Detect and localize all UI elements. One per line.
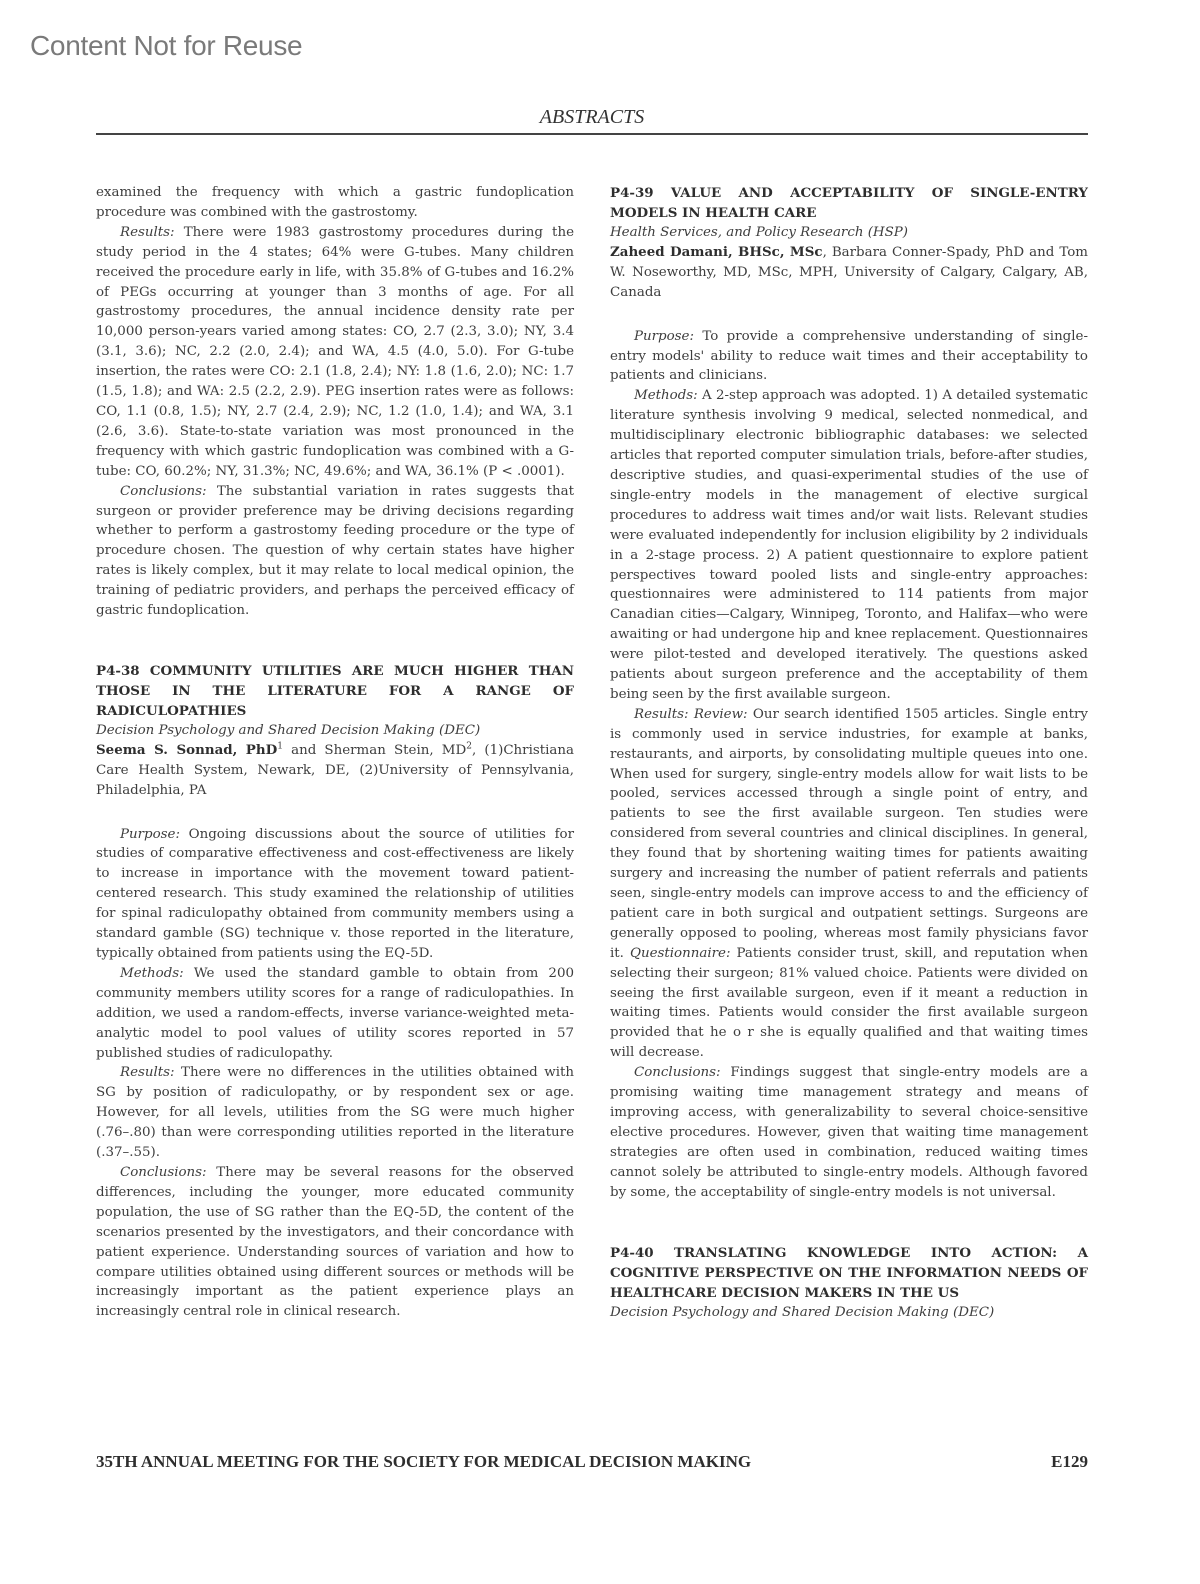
continuation-results: Results: There were 1983 gastrostomy pro… [96, 223, 574, 482]
abstract-track: Decision Psychology and Shared Decision … [610, 1303, 1088, 1323]
abstract-title: P4-38 COMMUNITY UTILITIES ARE MUCH HIGHE… [96, 661, 574, 721]
section-label: Results: Review: [634, 707, 748, 722]
section-label: Purpose: [634, 329, 694, 344]
abstract-authors: Zaheed Damani, BHSc, MSc, Barbara Conner… [610, 243, 1088, 303]
section-text: The substantial variation in rates sugge… [96, 484, 574, 618]
abstract-p4-39: P4-39 VALUE AND ACCEPTABILITY OF SINGLE-… [610, 183, 1088, 1203]
abstract-p4-38: P4-38 COMMUNITY UTILITIES ARE MUCH HIGHE… [96, 661, 574, 1322]
abstract-purpose: Purpose: To provide a comprehensive unde… [610, 327, 1088, 387]
right-column: P4-39 VALUE AND ACCEPTABILITY OF SINGLE-… [610, 183, 1088, 1322]
footer-meeting-title: 35TH ANNUAL MEETING FOR THE SOCIETY FOR … [96, 1452, 751, 1472]
running-head: ABSTRACTS [96, 106, 1088, 129]
abstract-p4-40: P4-40 TRANSLATING KNOWLEDGE INTO ACTION:… [610, 1243, 1088, 1323]
abstract-purpose: Purpose: Ongoing discussions about the s… [96, 825, 574, 964]
abstract-title: P4-40 TRANSLATING KNOWLEDGE INTO ACTION:… [610, 1243, 1088, 1303]
section-text: There may be several reasons for the obs… [96, 1165, 574, 1319]
section-label: Conclusions: [120, 484, 207, 499]
abstract-track: Decision Psychology and Shared Decision … [96, 721, 574, 741]
section-label: Results: [120, 225, 175, 240]
header-rule [96, 133, 1088, 135]
coauthors: and Sherman Stein, MD [283, 743, 466, 758]
section-text: A 2-step approach was adopted. 1) A deta… [610, 388, 1088, 702]
abstract-authors: Seema S. Sonnad, PhD1 and Sherman Stein,… [96, 741, 574, 801]
abstract-results: Results: Review: Our search identified 1… [610, 705, 1088, 1063]
abstract-conclusions: Conclusions: Findings suggest that singl… [610, 1063, 1088, 1202]
left-column: examined the frequency with which a gast… [96, 183, 574, 1322]
page-number: E129 [1051, 1452, 1088, 1472]
spacer [96, 801, 574, 825]
continuation-conclusions: Conclusions: The substantial variation i… [96, 482, 574, 621]
abstract-results: Results: There were no differences in th… [96, 1063, 574, 1163]
continuation-paragraph: examined the frequency with which a gast… [96, 183, 574, 223]
section-label: Methods: [120, 966, 184, 981]
section-label: Questionnaire: [630, 946, 730, 961]
section-text: Patients consider trust, skill, and repu… [610, 946, 1088, 1061]
abstract-title: P4-39 VALUE AND ACCEPTABILITY OF SINGLE-… [610, 183, 1088, 223]
section-label: Purpose: [120, 827, 180, 842]
section-text: Our search identified 1505 articles. Sin… [610, 707, 1088, 961]
abstract-methods: Methods: We used the standard gamble to … [96, 964, 574, 1064]
lead-author: Seema S. Sonnad, PhD [96, 742, 277, 758]
section-label: Results: [120, 1065, 175, 1080]
abstract-conclusions: Conclusions: There may be several reason… [96, 1163, 574, 1322]
page-footer: 35TH ANNUAL MEETING FOR THE SOCIETY FOR … [96, 1452, 1088, 1472]
watermark: Content Not for Reuse [30, 30, 302, 62]
spacer [610, 303, 1088, 327]
section-text: There were 1983 gastrostomy procedures d… [96, 225, 574, 479]
section-text: Ongoing discussions about the source of … [96, 827, 574, 961]
abstract-methods: Methods: A 2-step approach was adopted. … [610, 386, 1088, 705]
lead-author: Zaheed Damani, BHSc, MSc [610, 244, 823, 260]
spacer [610, 1203, 1088, 1243]
section-label: Conclusions: [120, 1165, 207, 1180]
section-label: Methods: [634, 388, 698, 403]
spacer [96, 621, 574, 661]
section-label: Conclusions: [634, 1065, 721, 1080]
abstract-track: Health Services, and Policy Research (HS… [610, 223, 1088, 243]
section-text: Findings suggest that single-entry model… [610, 1065, 1088, 1199]
